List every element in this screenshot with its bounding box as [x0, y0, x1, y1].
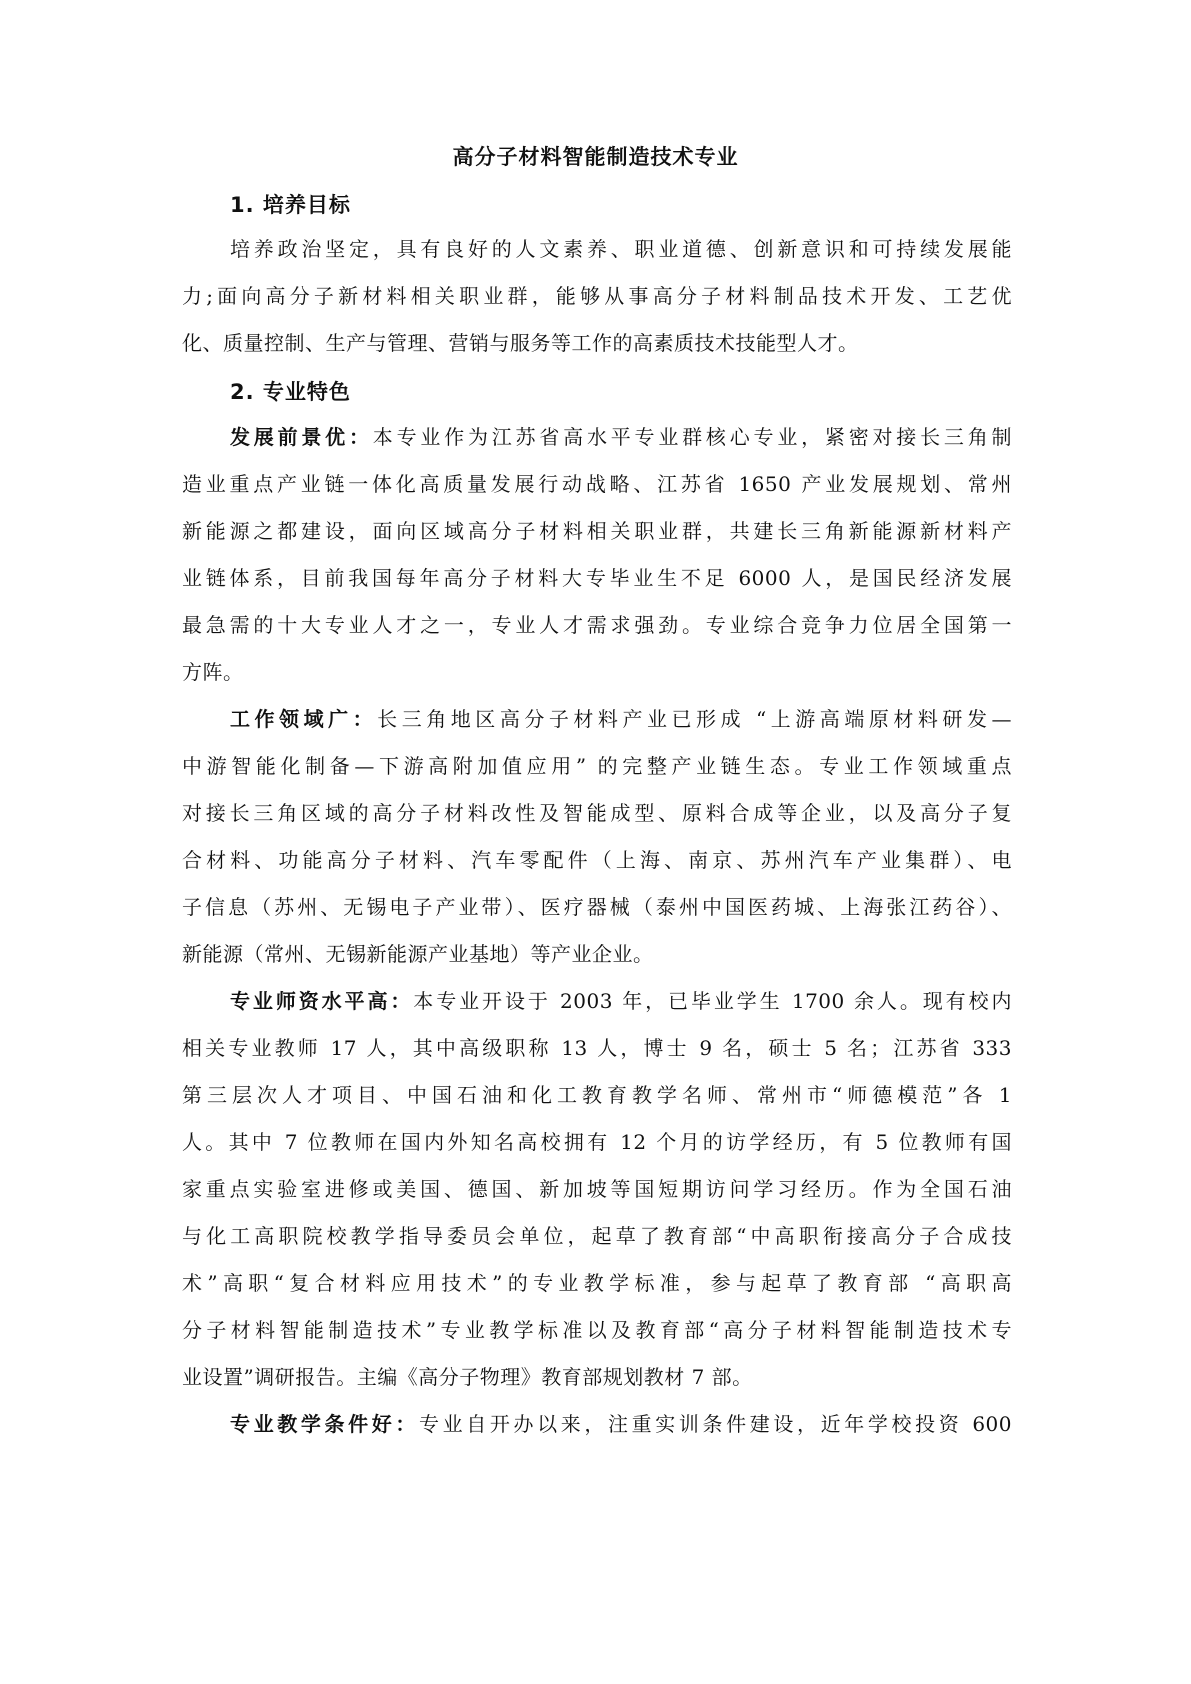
paragraph-line: 新能源之都建设，面向区域高分子材料相关职业群，共建长三角新能源新材料产	[182, 517, 1012, 545]
document-page: 高分子材料智能制造技术专业 1. 培养目标 培养政治坚定，具有良好的人文素养、职…	[0, 0, 1191, 1684]
paragraph-first-line: 专业教学条件好：专业自开办以来，注重实训条件建设，近年学校投资 600	[230, 1410, 1012, 1438]
section-heading-features: 2. 专业特色	[230, 376, 351, 406]
paragraph-text: 本专业开设于 2003 年，已毕业学生 1700 余人。现有校内	[413, 989, 1012, 1013]
paragraph-line: 子信息（苏州、无锡电子产业带）、医疗器械（泰州中国医药城、上海张江药谷）、	[182, 893, 1012, 921]
document-title: 高分子材料智能制造技术专业	[0, 141, 1191, 171]
paragraph-line: 造业重点产业链一体化高质量发展行动战略、江苏省 1650 产业发展规划、常州	[182, 470, 1012, 498]
paragraph-line: 最急需的十大专业人才之一，专业人才需求强劲。专业综合竞争力位居全国第一	[182, 611, 1012, 639]
paragraph-lead-teaching-conditions: 专业教学条件好：	[230, 1412, 419, 1436]
paragraph-line: 化、质量控制、生产与管理、营销与服务等工作的高素质技术技能型人才。	[182, 329, 1012, 357]
paragraph-line: 力;面向高分子新材料相关职业群，能够从事高分子材料制品技术开发、工艺优	[182, 282, 1012, 310]
paragraph-line: 业设置”调研报告。主编《高分子物理》教育部规划教材 7 部。	[182, 1363, 1012, 1391]
paragraph-line: 分子材料智能制造技术”专业教学标准以及教育部“高分子材料智能制造技术专	[182, 1316, 1012, 1344]
paragraph-first-line: 专业师资水平高：本专业开设于 2003 年，已毕业学生 1700 余人。现有校内	[230, 987, 1012, 1015]
paragraph-text: 专业自开办以来，注重实训条件建设，近年学校投资 600	[419, 1412, 1012, 1436]
paragraph-line: 与化工高职院校教学指导委员会单位，起草了教育部“中高职衔接高分子合成技	[182, 1222, 1012, 1250]
paragraph-line: 新能源（常州、无锡新能源产业基地）等产业企业。	[182, 940, 1012, 968]
paragraph-line: 相关专业教师 17 人，其中高级职称 13 人，博士 9 名，硕士 5 名；江苏…	[182, 1034, 1012, 1062]
paragraph-line: 培养政治坚定，具有良好的人文素养、职业道德、创新意识和可持续发展能	[230, 235, 1012, 263]
paragraph-lead-faculty: 专业师资水平高：	[230, 989, 413, 1013]
paragraph-line: 对接长三角区域的高分子材料改性及智能成型、原料合成等企业，以及高分子复	[182, 799, 1012, 827]
paragraph-text: 长三角地区高分子材料产业已形成 “上游高端原材料研发—	[377, 707, 1012, 731]
paragraph-line: 人。其中 7 位教师在国内外知名高校拥有 12 个月的访学经历，有 5 位教师有…	[182, 1128, 1012, 1156]
paragraph-lead-prospects: 发展前景优：	[230, 425, 373, 449]
paragraph-text: 本专业作为江苏省高水平专业群核心专业，紧密对接长三角制	[373, 425, 1012, 449]
paragraph-line: 中游智能化制备—下游高附加值应用” 的完整产业链生态。专业工作领域重点	[182, 752, 1012, 780]
paragraph-line: 方阵。	[182, 658, 1012, 686]
paragraph-line: 术”高职“复合材料应用技术”的专业教学标准，参与起草了教育部 “高职高	[182, 1269, 1012, 1297]
paragraph-line: 合材料、功能高分子材料、汽车零配件（上海、南京、苏州汽车产业集群）、电	[182, 846, 1012, 874]
paragraph-line: 业链体系，目前我国每年高分子材料大专毕业生不足 6000 人，是国民经济发展	[182, 564, 1012, 592]
paragraph-first-line: 工作领域广：长三角地区高分子材料产业已形成 “上游高端原材料研发—	[230, 705, 1012, 733]
paragraph-line: 第三层次人才项目、中国石油和化工教育教学名师、常州市“师德模范”各 1	[182, 1081, 1012, 1109]
paragraph-first-line: 发展前景优：本专业作为江苏省高水平专业群核心专业，紧密对接长三角制	[230, 423, 1012, 451]
paragraph-lead-work-fields: 工作领域广：	[230, 707, 377, 731]
section-heading-training-goals: 1. 培养目标	[230, 189, 351, 219]
paragraph-line: 家重点实验室进修或美国、德国、新加坡等国短期访问学习经历。作为全国石油	[182, 1175, 1012, 1203]
